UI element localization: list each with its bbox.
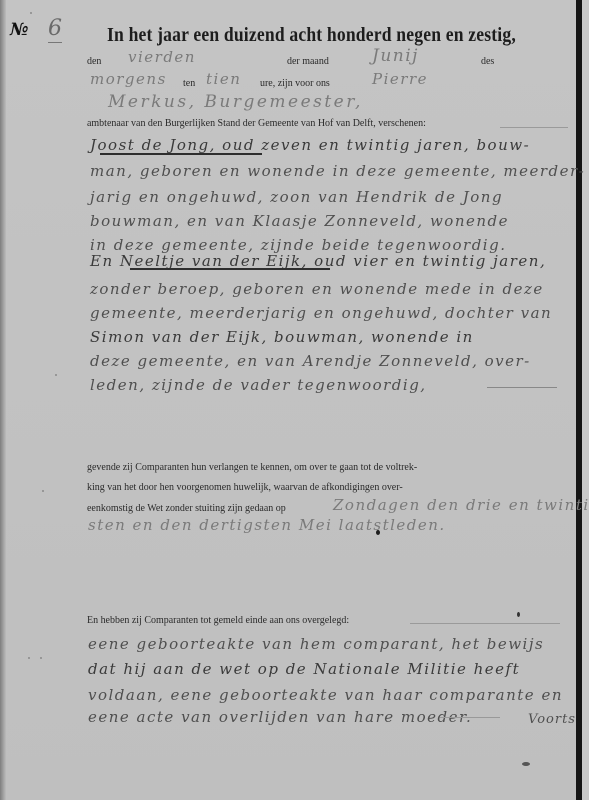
hand-official-name: Merkus, Burgemeester, — [108, 92, 363, 112]
label-ure-zijn-voor-ons: ure, zijn voor ons — [260, 78, 330, 89]
ambtenaar-line: ambtenaar van den Burgerlijken Stand der… — [87, 118, 426, 129]
gevende-line-1: gevende zij Comparanten hun verlangen te… — [87, 462, 417, 473]
proclamation-line-2: sten en den dertigsten Mei laatstleden. — [88, 516, 446, 534]
groom-line-3: jarig en ongehuwd, zoon van Hendrik de J… — [90, 188, 503, 206]
register-page: № 6 In het jaar een duizend acht honderd… — [0, 0, 589, 800]
heading: In het jaar een duizend acht honderd neg… — [107, 24, 516, 47]
documents-line-1: eene geboorteakte van hem comparant, het… — [88, 635, 544, 653]
groom-line-1: Joost de Jong, oud zeven en twintig jare… — [90, 136, 530, 154]
label-ten: ten — [183, 78, 195, 89]
groom-line-4: bouwman, en van Klaasje Zonneveld, wonen… — [90, 212, 509, 230]
bride-line-2: zonder beroep, geboren en wonende mede i… — [90, 280, 544, 298]
en-hebben-line: En hebben zij Comparanten tot gemeld ein… — [87, 615, 349, 626]
paper-speck — [40, 657, 42, 659]
bride-line-6: leden, zijnde de vader tegenwoordig, — [90, 376, 427, 394]
bride-line-4: Simon van der Eijk, bouwman, wonende in — [90, 328, 474, 346]
hand-hour: tien — [206, 70, 241, 88]
act-number-underline — [48, 42, 62, 43]
groom-name-underline — [100, 153, 262, 155]
paper-speck — [28, 657, 30, 659]
paper-speck — [30, 12, 32, 14]
ink-smudge — [522, 762, 530, 766]
label-den: den — [87, 56, 101, 67]
act-number: 6 — [48, 16, 62, 41]
page-edge-strip — [582, 0, 589, 800]
groom-line-2: man, geboren en wonende in deze gemeente… — [90, 162, 585, 180]
hand-time-of-day: morgens — [90, 70, 167, 88]
bride-line-3: gemeente, meerderjarig en ongehuwd, doch… — [90, 304, 552, 322]
ink-mark — [517, 612, 520, 617]
proclamation-line-1: Zondagen den drie en twintig- — [333, 496, 589, 514]
paper-speck — [42, 490, 44, 492]
hand-official-first-name: Pierre — [372, 70, 428, 88]
ink-blot — [376, 530, 380, 535]
bride-line-5: deze gemeente, en van Arendje Zonneveld,… — [90, 352, 531, 370]
paper-speck — [55, 374, 57, 376]
bride-name-underline — [130, 268, 330, 270]
fill-rule — [500, 127, 568, 128]
gevende-line-3: eenkomstig de Wet zonder stuiting zijn g… — [87, 503, 286, 514]
number-sign: № — [10, 20, 28, 40]
hand-day: vierden — [128, 48, 196, 66]
closing-rule — [487, 387, 557, 388]
documents-closing-rule — [440, 717, 500, 718]
binding-edge — [0, 0, 6, 800]
documents-line-2: dat hij aan de wet op de Nationale Milit… — [88, 660, 520, 678]
label-der-maand: der maand — [287, 56, 329, 67]
gevende-line-2: king van het door hen voorgenomen huweli… — [87, 482, 403, 493]
documents-line-4: eene acte van overlijden van hare moeder… — [88, 708, 472, 726]
fill-rule-2 — [410, 623, 560, 624]
label-des: des — [481, 56, 494, 67]
catchword: Voorts — [528, 712, 576, 727]
documents-line-3: voldaan, eene geboorteakte van haar comp… — [88, 686, 563, 704]
hand-month: Junij — [372, 46, 419, 66]
